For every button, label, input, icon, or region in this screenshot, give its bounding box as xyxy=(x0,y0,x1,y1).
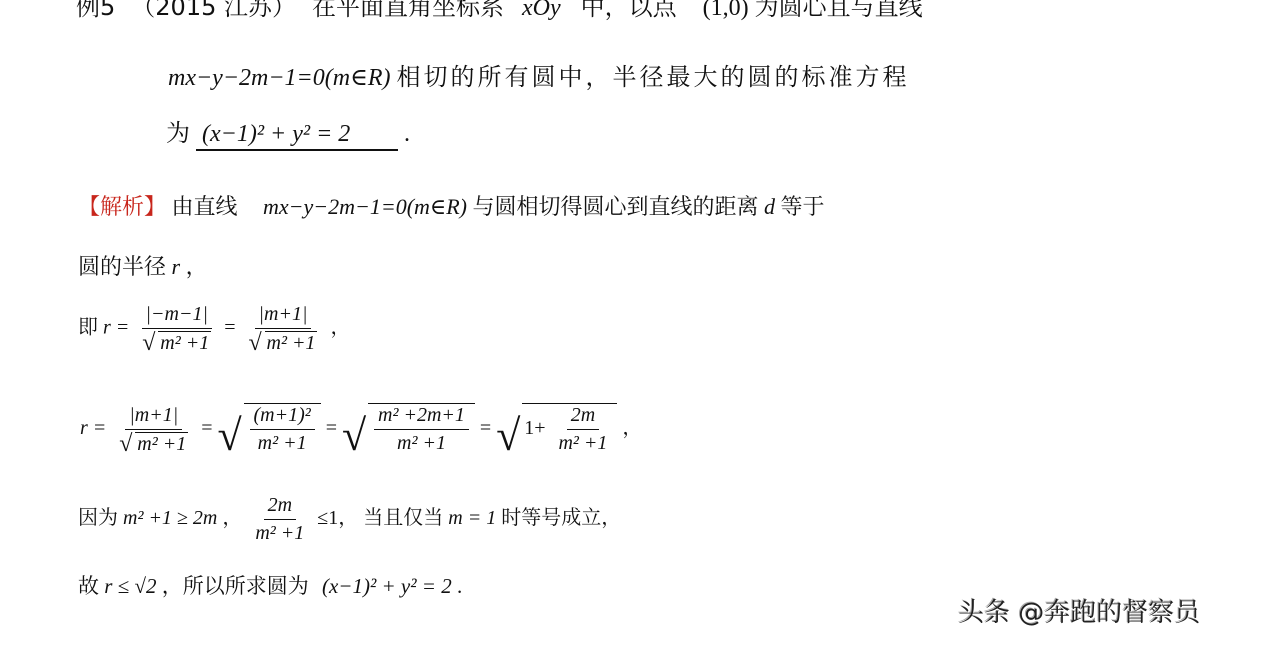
center-point: (1,0) xyxy=(703,0,749,21)
solution-text: ，所以所求圆为 xyxy=(162,574,309,598)
fraction: |−m−1| √m² +1 xyxy=(138,303,215,355)
sqrt-icon: √ xyxy=(218,410,242,461)
radical: √ m² +2m+1m² +1 xyxy=(342,403,475,455)
fraction: 2m m² +1 xyxy=(251,494,308,545)
numerator: |−m−1| xyxy=(142,303,212,329)
sqrt-icon: √ xyxy=(342,410,366,461)
numerator: (m+1)² xyxy=(250,404,315,430)
final-answer: (x−1)² + y² = 2 xyxy=(322,574,452,598)
condition: m = 1 xyxy=(448,507,496,529)
answer-blank: (x−1)² + y² = 2 xyxy=(196,119,398,151)
denominator: m² +1 xyxy=(393,430,450,455)
solution-text: 因为 xyxy=(78,505,118,529)
radical: √ (m+1)²m² +1 xyxy=(218,403,321,455)
solution-label: 【解析】 xyxy=(78,195,166,220)
problem-text: 为圆心且与直线 xyxy=(755,0,923,21)
solution-text: 由直线 xyxy=(172,195,238,220)
solution-line-6: 故 r ≤ √2 ，所以所求圆为 (x−1)² + y² = 2 . xyxy=(78,570,462,600)
comma: ， xyxy=(622,415,642,439)
problem-text: 在平面直角坐标系 xyxy=(312,0,504,21)
line-equation: mx−y−2m−1=0(m∈R) xyxy=(263,194,467,219)
problem-text: 为 xyxy=(166,119,190,147)
coord-system-var: xOy xyxy=(522,0,561,21)
distance-var: d xyxy=(764,194,775,219)
inequality: ≤1， xyxy=(317,507,358,529)
solution-text: 当且仅当 xyxy=(363,505,443,529)
sqrt-icon: √ xyxy=(119,431,132,458)
denominator: m² +1 xyxy=(265,331,318,355)
denominator: m² +1 xyxy=(254,430,311,455)
term: 1+ xyxy=(524,417,545,439)
line-equation: mx−y−2m−1=0(m∈R) xyxy=(168,65,391,91)
solution-text: 等于 xyxy=(781,195,825,220)
solution-line-2: 圆的半径 r ， xyxy=(78,252,208,283)
solution-line-4: r = |m+1| √m² +1 = √ (m+1)²m² +1 = √ m² … xyxy=(80,403,642,456)
comma: ， xyxy=(330,315,350,339)
inequality: r ≤ √2 xyxy=(104,574,156,598)
numerator: 2m xyxy=(264,494,296,520)
solution-text: 时等号成立， xyxy=(501,505,621,529)
comma: ， xyxy=(186,255,208,280)
numerator: |m+1| xyxy=(255,303,312,329)
radius-var: r xyxy=(172,254,181,279)
problem-number: 例5 xyxy=(76,0,115,21)
problem-line-2: mx−y−2m−1=0(m∈R) 相切的所有圆中，半径最大的圆的标准方程 xyxy=(168,62,910,93)
inequality: m² +1 ≥ 2m xyxy=(123,507,217,529)
solution-line-1: 【解析】 由直线 mx−y−2m−1=0(m∈R) 与圆相切得圆心到直线的距离 … xyxy=(78,192,825,223)
denominator: m² +1 xyxy=(158,331,211,355)
sqrt-icon: √ xyxy=(496,410,520,461)
sqrt-icon: √ xyxy=(249,330,262,357)
problem-source: （2015 江苏） xyxy=(131,0,296,21)
problem-line-3: 为 (x−1)² + y² = 2 . xyxy=(166,118,410,151)
solution-line-3: 即 r = |−m−1| √m² +1 = |m+1| √m² +1 ， xyxy=(78,303,350,355)
radical: √ 1+ 2mm² +1 xyxy=(496,403,617,455)
solution-text: 圆的半径 xyxy=(78,255,166,280)
fraction: |m+1| √m² +1 xyxy=(115,404,192,456)
denominator: m² +1 xyxy=(135,432,188,456)
solution-text: 即 xyxy=(78,315,98,339)
comma: ， xyxy=(222,505,242,529)
problem-line-1: 例5 （2015 江苏） 在平面直角坐标系 xOy 中，以点 (1,0) 为圆心… xyxy=(76,0,923,23)
problem-text: 中，以点 xyxy=(581,0,677,21)
numerator: |m+1| xyxy=(125,404,182,430)
numerator: m² +2m+1 xyxy=(374,404,469,430)
problem-text: 相切的所有圆中，半径最大的圆的标准方程 xyxy=(397,63,910,91)
solution-text: 与圆相切得圆心到直线的距离 xyxy=(472,195,758,220)
solution-text: 故 xyxy=(78,574,99,598)
numerator: 2m xyxy=(567,404,599,430)
formula-lhs: r = xyxy=(103,317,129,339)
fraction: |m+1| √m² +1 xyxy=(245,303,322,355)
period: . xyxy=(404,121,410,147)
denominator: m² +1 xyxy=(251,520,308,545)
watermark: 头条 @奔跑的督察员 xyxy=(958,592,1200,629)
solution-line-5: 因为 m² +1 ≥ 2m ， 2m m² +1 ≤1， 当且仅当 m = 1 … xyxy=(78,494,621,545)
denominator: m² +1 xyxy=(554,430,611,455)
period: . xyxy=(457,574,462,598)
sqrt-icon: √ xyxy=(142,330,155,357)
formula-lhs: r = xyxy=(80,417,106,439)
